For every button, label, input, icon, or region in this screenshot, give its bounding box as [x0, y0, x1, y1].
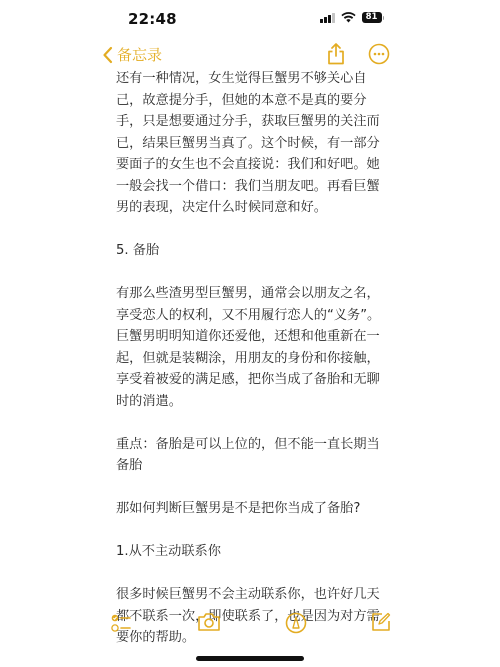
more-icon — [368, 43, 390, 65]
note-paragraph: 还有一种情况，女生觉得巨蟹男不够关心自己，故意提分手，但她的本意不是真的要分手，… — [116, 68, 388, 219]
markup-icon — [285, 612, 307, 634]
battery-icon: 81 — [362, 12, 385, 23]
checklist-button[interactable] — [110, 612, 132, 634]
status-icons: 81 — [320, 12, 384, 23]
wifi-icon — [341, 12, 356, 23]
markup-button[interactable] — [285, 612, 307, 634]
chevron-left-icon — [102, 46, 113, 64]
compose-button[interactable] — [371, 612, 391, 632]
camera-icon — [197, 612, 221, 632]
camera-button[interactable] — [197, 612, 221, 632]
note-heading: 5. 备胎 — [116, 240, 388, 262]
compose-icon — [371, 612, 391, 632]
status-bar: 22:48 81 — [0, 0, 500, 36]
nav-actions — [326, 43, 390, 65]
back-label: 备忘录 — [117, 44, 162, 65]
nav-bar: 备忘录 — [0, 40, 500, 70]
share-button[interactable] — [326, 43, 346, 65]
signal-icon — [320, 13, 335, 23]
home-indicator[interactable] — [196, 656, 304, 661]
note-paragraph: 那如何判断巨蟹男是不是把你当成了备胎? — [116, 498, 388, 520]
status-time: 22:48 — [128, 10, 177, 28]
note-paragraph: 有那么些渣男型巨蟹男，通常会以朋友之名，享受恋人的权利，又不用履行恋人的“义务”… — [116, 283, 388, 412]
share-icon — [326, 43, 346, 65]
note-heading: 1.从不主动联系你 — [116, 541, 388, 563]
checklist-icon — [110, 612, 132, 634]
more-button[interactable] — [368, 43, 390, 65]
note-paragraph: 重点：备胎是可以上位的，但不能一直长期当备胎 — [116, 434, 388, 477]
bottom-toolbar — [0, 610, 500, 638]
note-body[interactable]: 还有一种情况，女生觉得巨蟹男不够关心自己，故意提分手，但她的本意不是真的要分手，… — [116, 68, 388, 667]
battery-level: 81 — [362, 12, 382, 23]
back-button[interactable]: 备忘录 — [102, 44, 162, 65]
